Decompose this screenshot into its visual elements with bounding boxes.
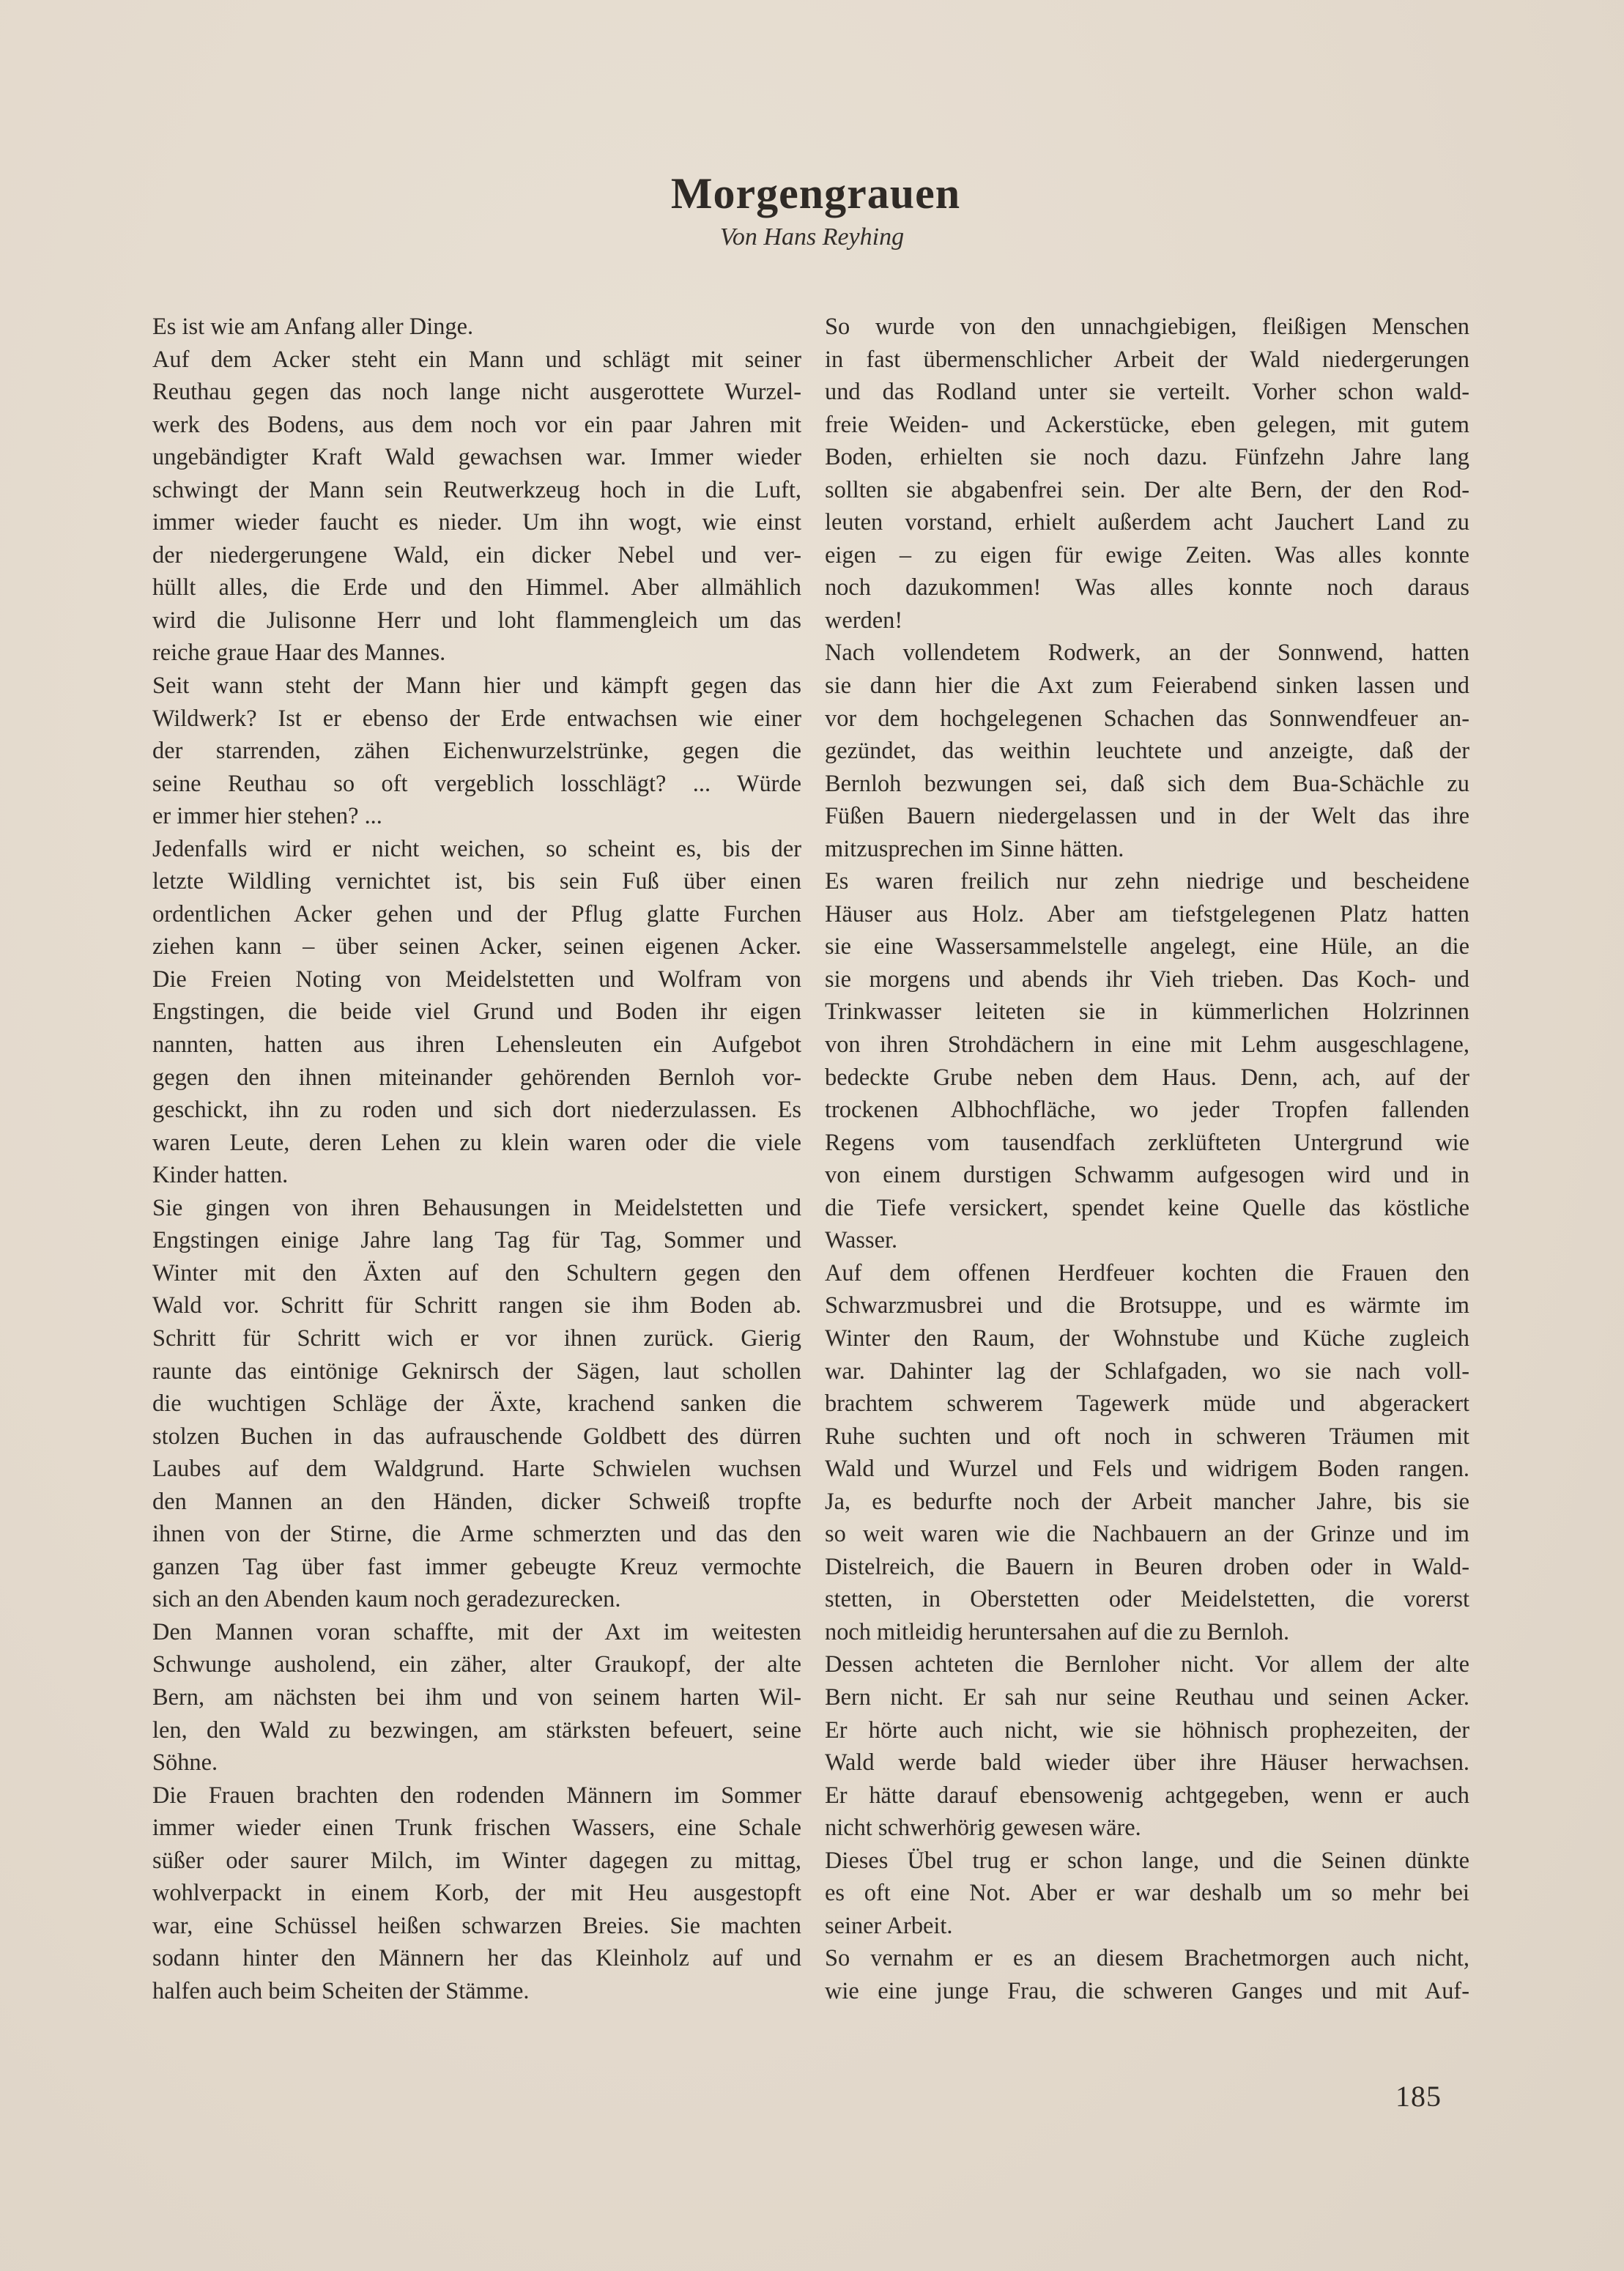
text-line: ihnen von der Stirne, die Arme schmerzte… bbox=[152, 1518, 801, 1551]
text-line: Winter mit den Äxten auf den Schultern g… bbox=[152, 1257, 801, 1290]
text-line: ungebändigter Kraft Wald gewachsen war. … bbox=[152, 441, 801, 474]
text-line: mitzusprechen im Sinne hätten. bbox=[825, 833, 1469, 866]
text-line: war. Dahinter lag der Schlafgaden, wo si… bbox=[825, 1355, 1469, 1388]
text-line: Die Freien Noting von Meidelstetten und … bbox=[152, 963, 801, 996]
text-line: werden! bbox=[825, 604, 1469, 637]
text-line: Füßen Bauern niedergelassen und in der W… bbox=[825, 800, 1469, 833]
article-author: Von Hans Reyhing bbox=[0, 223, 1624, 251]
text-line: schwingt der Mann sein Reutwerkzeug hoch… bbox=[152, 474, 801, 507]
text-line: Er hätte darauf ebensowenig achtgegeben,… bbox=[825, 1779, 1469, 1812]
text-line: Häuser aus Holz. Aber am tiefstgelegenen… bbox=[825, 898, 1469, 931]
text-line: immer wieder einen Trunk frischen Wasser… bbox=[152, 1812, 801, 1845]
text-line: Sie gingen von ihren Behausungen in Meid… bbox=[152, 1192, 801, 1225]
text-line: Trinkwasser leiteten sie in kümmerlichen… bbox=[825, 996, 1469, 1029]
text-line: Kinder hatten. bbox=[152, 1159, 801, 1192]
text-line: Reuthau gegen das noch lange nicht ausge… bbox=[152, 376, 801, 409]
text-line: So wurde von den unnachgiebigen, fleißig… bbox=[825, 311, 1469, 344]
text-line: so weit waren wie die Nachbauern an der … bbox=[825, 1518, 1469, 1551]
text-line: Auf dem Acker steht ein Mann und schlägt… bbox=[152, 344, 801, 377]
text-line: sie dann hier die Axt zum Feierabend sin… bbox=[825, 670, 1469, 703]
text-line: war, eine Schüssel heißen schwarzen Brei… bbox=[152, 1910, 801, 1943]
text-line: Seit wann steht der Mann hier und kämpft… bbox=[152, 670, 801, 703]
text-line: sie eine Wassersammelstelle angelegt, ei… bbox=[825, 930, 1469, 963]
text-line: süßer oder saurer Milch, im Winter dageg… bbox=[152, 1845, 801, 1878]
text-line: den Mannen an den Händen, dicker Schweiß… bbox=[152, 1486, 801, 1519]
text-line: nannten, hatten aus ihren Lehensleuten e… bbox=[152, 1029, 801, 1062]
text-line: raunte das eintönige Geknirsch der Sägen… bbox=[152, 1355, 801, 1388]
text-line: So vernahm er es an diesem Brachetmorgen… bbox=[825, 1942, 1469, 1975]
text-line: seine Reuthau so oft vergeblich losschlä… bbox=[152, 768, 801, 801]
text-line: freie Weiden- und Ackerstücke, eben gele… bbox=[825, 409, 1469, 442]
text-line: Jedenfalls wird er nicht weichen, so sch… bbox=[152, 833, 801, 866]
text-line: sodann hinter den Männern her das Kleinh… bbox=[152, 1942, 801, 1975]
text-line: der niedergerungene Wald, ein dicker Neb… bbox=[152, 539, 801, 572]
text-line: Regens vom tausendfach zerklüfteten Unte… bbox=[825, 1127, 1469, 1160]
text-line: seiner Arbeit. bbox=[825, 1910, 1469, 1943]
text-line: Söhne. bbox=[152, 1746, 801, 1779]
text-line: Dessen achteten die Bernloher nicht. Vor… bbox=[825, 1648, 1469, 1681]
text-line: in fast übermenschlicher Arbeit der Wald… bbox=[825, 344, 1469, 377]
text-line: trockenen Albhochfläche, wo jeder Tropfe… bbox=[825, 1094, 1469, 1127]
text-line: Engstingen, die beide viel Grund und Bod… bbox=[152, 996, 801, 1029]
text-line: Schritt für Schritt wich er vor ihnen zu… bbox=[152, 1322, 801, 1355]
text-line: immer wieder faucht es nieder. Um ihn wo… bbox=[152, 506, 801, 539]
page-number: 185 bbox=[1395, 2079, 1442, 2113]
text-line: stolzen Buchen in das aufrauschende Gold… bbox=[152, 1420, 801, 1453]
text-line: Nach vollendetem Rodwerk, an der Sonnwen… bbox=[825, 637, 1469, 670]
text-line: gezündet, das weithin leuchtete und anze… bbox=[825, 735, 1469, 768]
text-line: der starrenden, zähen Eichenwurzelstrünk… bbox=[152, 735, 801, 768]
text-line: und das Rodland unter sie verteilt. Vorh… bbox=[825, 376, 1469, 409]
text-line: sich an den Abenden kaum noch geradezure… bbox=[152, 1583, 801, 1616]
text-line: Schwarzmusbrei und die Brotsuppe, und es… bbox=[825, 1289, 1469, 1322]
text-line: Boden, erhielten sie noch dazu. Fünfzehn… bbox=[825, 441, 1469, 474]
text-line: gegen den ihnen miteinander gehörenden B… bbox=[152, 1062, 801, 1094]
text-line: wie eine junge Frau, die schweren Ganges… bbox=[825, 1975, 1469, 2008]
text-line: Wald werde bald wieder über ihre Häuser … bbox=[825, 1746, 1469, 1779]
text-line: Es waren freilich nur zehn niedrige und … bbox=[825, 865, 1469, 898]
text-line: Den Mannen voran schaffte, mit der Axt i… bbox=[152, 1616, 801, 1649]
text-line: waren Leute, deren Lehen zu klein waren … bbox=[152, 1127, 801, 1160]
text-line: wird die Julisonne Herr und loht flammen… bbox=[152, 604, 801, 637]
text-line: Winter den Raum, der Wohnstube und Küche… bbox=[825, 1322, 1469, 1355]
text-line: von einem durstigen Schwamm aufgesogen w… bbox=[825, 1159, 1469, 1192]
text-line: Bernloh bezwungen sei, daß sich dem Bua-… bbox=[825, 768, 1469, 801]
text-column-right: So wurde von den unnachgiebigen, fleißig… bbox=[825, 311, 1469, 2007]
text-line: vor dem hochgelegenen Schachen das Sonnw… bbox=[825, 703, 1469, 736]
text-line: Laubes auf dem Waldgrund. Harte Schwiele… bbox=[152, 1453, 801, 1486]
text-line: bedeckte Grube neben dem Haus. Denn, ach… bbox=[825, 1062, 1469, 1094]
text-line: Schwunge ausholend, ein zäher, alter Gra… bbox=[152, 1648, 801, 1681]
text-line: stetten, in Oberstetten oder Meidelstett… bbox=[825, 1583, 1469, 1616]
text-line: Es ist wie am Anfang aller Dinge. bbox=[152, 311, 801, 344]
text-line: Bern nicht. Er sah nur seine Reuthau und… bbox=[825, 1681, 1469, 1714]
text-line: brachtem schwerem Tagewerk müde und abge… bbox=[825, 1388, 1469, 1420]
text-line: eigen – zu eigen für ewige Zeiten. Was a… bbox=[825, 539, 1469, 572]
text-line: Wildwerk? Ist er ebenso der Erde entwach… bbox=[152, 703, 801, 736]
text-line: Die Frauen brachten den rodenden Männern… bbox=[152, 1779, 801, 1812]
text-column-left: Es ist wie am Anfang aller Dinge.Auf dem… bbox=[152, 311, 801, 2007]
text-line: es oft eine Not. Aber er war deshalb um … bbox=[825, 1877, 1469, 1910]
text-line: er immer hier stehen? ... bbox=[152, 800, 801, 833]
article-title: Morgengrauen bbox=[0, 168, 1624, 219]
text-line: die Tiefe versickert, spendet keine Quel… bbox=[825, 1192, 1469, 1225]
text-line: halfen auch beim Scheiten der Stämme. bbox=[152, 1975, 801, 2008]
text-line: Ja, es bedurfte noch der Arbeit mancher … bbox=[825, 1486, 1469, 1519]
text-line: noch mitleidig heruntersahen auf die zu … bbox=[825, 1616, 1469, 1649]
text-line: letzte Wildling vernichtet ist, bis sein… bbox=[152, 865, 801, 898]
text-line: Auf dem offenen Herdfeuer kochten die Fr… bbox=[825, 1257, 1469, 1290]
text-line: hüllt alles, die Erde und den Himmel. Ab… bbox=[152, 571, 801, 604]
text-line: Ruhe suchten und oft noch in schweren Tr… bbox=[825, 1420, 1469, 1453]
text-line: sollten sie abgabenfrei sein. Der alte B… bbox=[825, 474, 1469, 507]
text-line: Wasser. bbox=[825, 1224, 1469, 1257]
text-line: geschickt, ihn zu roden und sich dort ni… bbox=[152, 1094, 801, 1127]
text-line: ganzen Tag über fast immer gebeugte Kreu… bbox=[152, 1551, 801, 1584]
text-line: von ihren Strohdächern in eine mit Lehm … bbox=[825, 1029, 1469, 1062]
text-line: die wuchtigen Schläge der Äxte, krachend… bbox=[152, 1388, 801, 1420]
text-line: Dieses Übel trug er schon lange, und die… bbox=[825, 1845, 1469, 1878]
text-line: Wald vor. Schritt für Schritt rangen sie… bbox=[152, 1289, 801, 1322]
text-line: reiche graue Haar des Mannes. bbox=[152, 637, 801, 670]
text-line: noch dazukommen! Was alles konnte noch d… bbox=[825, 571, 1469, 604]
text-line: werk des Bodens, aus dem noch vor ein pa… bbox=[152, 409, 801, 442]
text-line: Distelreich, die Bauern in Beuren droben… bbox=[825, 1551, 1469, 1584]
text-line: wohlverpackt in einem Korb, der mit Heu … bbox=[152, 1877, 801, 1910]
text-line: sie morgens und abends ihr Vieh trieben.… bbox=[825, 963, 1469, 996]
text-line: nicht schwerhörig gewesen wäre. bbox=[825, 1812, 1469, 1845]
text-line: ordentlichen Acker gehen und der Pflug g… bbox=[152, 898, 801, 931]
text-line: leuten vorstand, erhielt außerdem acht J… bbox=[825, 506, 1469, 539]
text-line: len, den Wald zu bezwingen, am stärksten… bbox=[152, 1714, 801, 1747]
text-line: ziehen kann – über seinen Acker, seinen … bbox=[152, 930, 801, 963]
text-line: Engstingen einige Jahre lang Tag für Tag… bbox=[152, 1224, 801, 1257]
text-line: Bern, am nächsten bei ihm und von seinem… bbox=[152, 1681, 801, 1714]
text-line: Wald und Wurzel und Fels und widrigem Bo… bbox=[825, 1453, 1469, 1486]
text-line: Er hörte auch nicht, wie sie höhnisch pr… bbox=[825, 1714, 1469, 1747]
